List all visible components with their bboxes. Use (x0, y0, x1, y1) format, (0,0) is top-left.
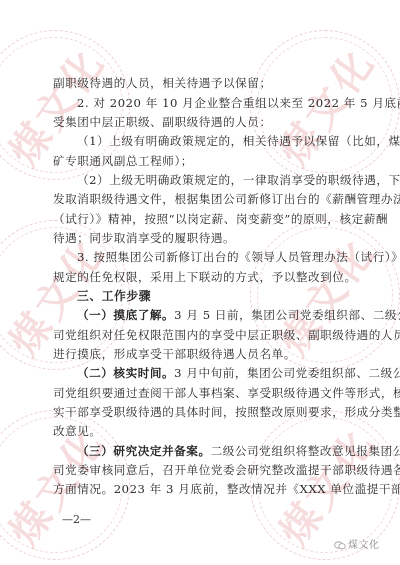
doc-line: （2）上级无明确政策规定的，一律取消享受的职级待遇，下 (77, 173, 351, 187)
doc-line: 司党委审核同意后，召开单位党委会研究整改滥提干部职级待遇各 (53, 463, 351, 477)
doc-line: 改意见。 (53, 424, 351, 438)
document-page: 副职级待遇的人员，相关待遇予以保留； 2. 对 2020 年 10 月企业整合重… (0, 0, 400, 565)
doc-line: （二）核实时间。3 月中旬前，集团公司党委组织部、二级公 (77, 366, 351, 380)
doc-line: 受集团中层正职级、副职级待遇的人员： (53, 115, 351, 129)
doc-line: 规定的任免权限，采用上下联动的方式，予以整改到位。 (53, 270, 351, 284)
doc-line: 副职级待遇的人员，相关待遇予以保留； (53, 76, 351, 90)
doc-line: （三）研究决定并备案。二级公司党组织将整改意见报集团公 (77, 444, 351, 458)
doc-line: （试行）》精神，按照“以岗定薪、岗变薪变”的原则，核定薪酬 (53, 212, 351, 226)
doc-line: （1）上级有明确政策规定的，相关待遇予以保留（比如，煤 (77, 134, 351, 148)
doc-line: （一）摸底了解。3 月 5 日前，集团公司党委组织部、二级公 (77, 308, 351, 322)
doc-line: 司党组织要通过查阅干部人事档案、享受职级待遇文件等形式，核 (53, 386, 351, 400)
wechat-icon (334, 541, 346, 550)
section-heading: 三、工作步骤 (77, 289, 351, 303)
doc-line: 方面情况。2023 年 3 月底前，整改情况并《XXX 单位滥提干部职级 (53, 482, 351, 496)
doc-line: 司党组织对任免权限范围内的享受中层正职级、副职级待遇的人员 (53, 328, 351, 342)
doc-line: 待遇；同步取消享受的履职待遇。 (53, 231, 351, 245)
doc-line: 2. 对 2020 年 10 月企业整合重组以来至 2022 年 5 月底前，享 (77, 96, 351, 110)
step-title: （二）核实时间。 (77, 366, 174, 380)
doc-line: 3. 按照集团公司新修订出台的《领导人员管理办法（试行）》 (77, 250, 351, 264)
doc-line: 进行摸底，形成享受干部职级待遇人员名单。 (53, 347, 351, 361)
page-number: —2— (62, 513, 91, 526)
wechat-watermark: 煤文化 (334, 536, 380, 551)
doc-line: 实干部享受职级待遇的具体时间，按照整改原则要求，形成分类整 (53, 405, 351, 419)
watermark-footer-label: 煤文化 (348, 540, 380, 551)
doc-line: 矿专职通风副总工程师）； (53, 154, 351, 168)
step-title: （一）摸底了解。 (77, 308, 174, 322)
doc-line: 发取消职级待遇文件，根据集团公司新修订出台的《薪酬管理办法 (53, 192, 351, 206)
step-title: （三）研究决定并备案。 (77, 444, 211, 458)
